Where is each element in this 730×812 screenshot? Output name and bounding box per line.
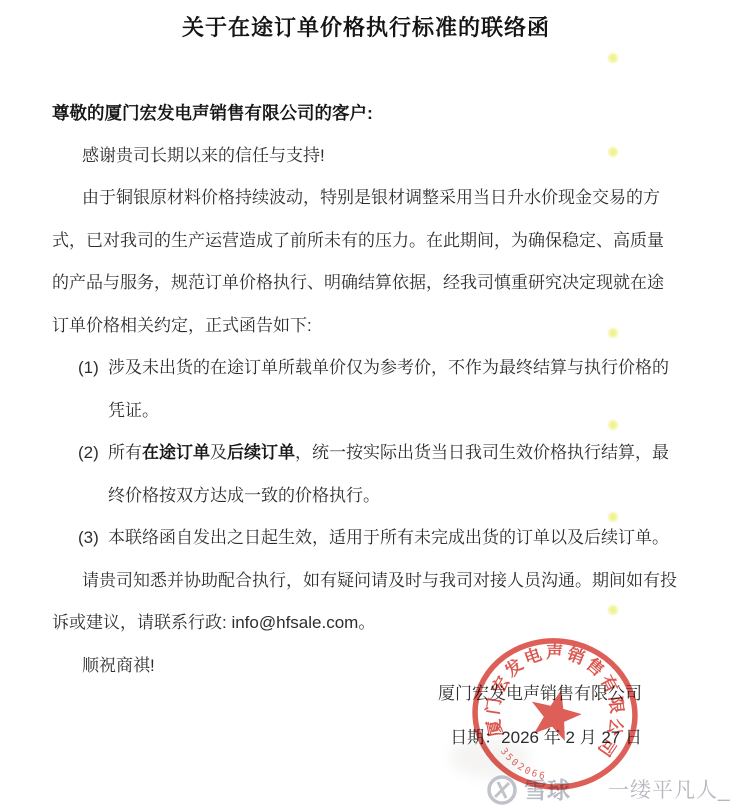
seal-serial-number: 3502066 xyxy=(495,745,550,782)
yellow-speck-artifact xyxy=(607,327,619,339)
list-item-text: 本联络函自发出之日起生效，适用于所有未完成出货的订单以及后续订单。 xyxy=(108,528,669,547)
salutation: 尊敬的厦门宏发电声销售有限公司的客户: xyxy=(52,92,680,135)
list-item-text: 终价格按双方达成一致的价格执行。 xyxy=(108,486,380,505)
list-item-text: 及 xyxy=(210,443,227,462)
list-item-text: ，统一按实际出货当日我司生效价格执行结算，最 xyxy=(295,443,669,462)
yellow-speck-artifact xyxy=(607,52,619,64)
list-marker: (2) xyxy=(78,432,99,475)
list-item-3: (3) 本联络函自发出之日起生效，适用于所有未完成出货的订单以及后续订单。 xyxy=(52,517,680,560)
list-item-text: 所有 xyxy=(108,443,142,462)
company-seal-stamp: 厦门宏发电声销售有限公司 3502066 xyxy=(462,625,652,805)
paragraph-background-line: 式，已对我司的生产运营造成了前所未有的压力。在此期间，为确保稳定、高质量 xyxy=(52,220,680,263)
paragraph-background-line: 的产品与服务，规范订单价格执行、明确结算依据，经我司慎重研究决定现就在途 xyxy=(52,262,680,305)
list-item-2: (2) 所有在途订单及后续订单，统一按实际出货当日我司生效价格执行结算，最 xyxy=(52,432,680,475)
paragraph-background-line: 订单价格相关约定，正式函告如下: xyxy=(52,305,680,348)
yellow-speck-artifact xyxy=(607,419,619,431)
closing-paragraph-line: 请贵司知悉并协助配合执行，如有疑问请及时与我司对接人员沟通。期间如有投 xyxy=(52,560,680,603)
list-item-1-continued: 凭证。 xyxy=(52,390,680,433)
list-item-1: (1) 涉及未出货的在途订单所载单价仅为参考价，不作为最终结算与执行价格的 xyxy=(52,347,680,390)
list-item-text: 凭证。 xyxy=(108,401,159,420)
paragraph-thanks: 感谢贵司长期以来的信任与支持! xyxy=(52,135,680,178)
seal-star-icon xyxy=(525,684,587,744)
bold-term-follow-up-orders: 后续订单 xyxy=(227,443,295,462)
list-item-text: 涉及未出货的在途订单所载单价仅为参考价，不作为最终结算与执行价格的 xyxy=(108,358,669,377)
yellow-speck-artifact xyxy=(607,146,619,158)
yellow-speck-artifact xyxy=(607,604,619,616)
list-marker: (3) xyxy=(78,517,99,560)
yellow-speck-artifact xyxy=(607,511,619,523)
bold-term-in-transit-orders: 在途订单 xyxy=(142,443,210,462)
list-item-2-continued: 终价格按双方达成一致的价格执行。 xyxy=(52,475,680,518)
paragraph-background-line: 由于铜银原材料价格持续波动，特别是银材调整采用当日升水价现金交易的方 xyxy=(52,177,680,220)
list-marker: (1) xyxy=(78,347,99,390)
letter-title: 关于在途订单价格执行标准的联络函 xyxy=(52,12,680,44)
letter-page: 关于在途订单价格执行标准的联络函 尊敬的厦门宏发电声销售有限公司的客户: 感谢贵… xyxy=(0,0,730,812)
